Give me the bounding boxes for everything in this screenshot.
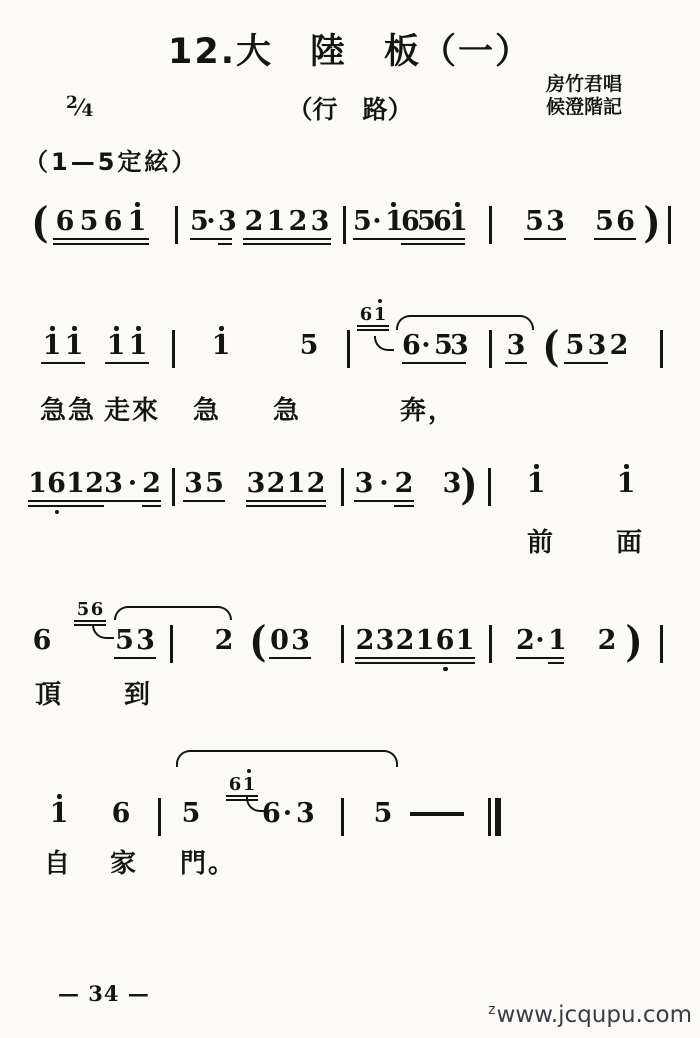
note: 3 <box>375 627 395 664</box>
note: 1 <box>373 305 387 324</box>
lyric-text: 急 <box>193 390 221 427</box>
lyric-text: 走來 <box>104 390 160 427</box>
note-group: 3212 <box>246 470 326 507</box>
note-group: 6 <box>110 800 132 830</box>
note: 3 <box>290 627 311 659</box>
note: 1 <box>63 332 85 364</box>
note-group: 6·53 <box>402 332 466 364</box>
thin-barline <box>488 798 491 836</box>
note: 3 <box>246 470 266 507</box>
note: 5 <box>564 332 586 364</box>
note-group: 1 <box>48 800 70 830</box>
note: 3 <box>218 208 232 245</box>
octave-dot-above <box>136 326 141 331</box>
note: · <box>374 470 394 502</box>
note: 2 <box>516 627 532 659</box>
note: 1 <box>66 470 85 507</box>
slur-arc <box>114 606 232 620</box>
note: 5 <box>76 600 90 619</box>
parenthesis: ) <box>643 203 660 243</box>
note: 3 <box>354 470 374 502</box>
note: 1 <box>28 470 47 507</box>
note: 6 <box>53 208 77 245</box>
note-group: 5·16561 <box>353 208 465 245</box>
lyric-text: 頂 <box>35 674 63 711</box>
note: 1 <box>525 470 547 500</box>
octave-dot-above <box>534 464 539 469</box>
note-group: 3·2 <box>354 470 414 507</box>
note: 6 <box>402 332 418 364</box>
page-number: — 34 — <box>58 981 150 1006</box>
score-page: 12.大 陸 板（一） （行 路） 房竹君唱 候澄階記 2⁄4 （1—5定絃） … <box>0 0 700 1038</box>
octave-dot-above <box>72 326 77 331</box>
note: 3 <box>586 332 608 364</box>
note: 1 <box>48 800 70 830</box>
barline <box>172 468 175 506</box>
note: 2 <box>596 627 618 657</box>
note-group: 232161 <box>355 627 475 664</box>
thick-barline <box>495 798 501 836</box>
grace-note-group: 56 <box>74 600 106 626</box>
note-group: 1 <box>525 470 547 500</box>
note-group: 16123·2 <box>28 470 161 507</box>
lyric-text: 門。 <box>180 843 236 880</box>
note-group: 6·3 <box>262 800 313 830</box>
note: 5 <box>372 800 394 830</box>
note: 6 <box>228 775 242 794</box>
note-group: 2123 <box>243 208 331 245</box>
note: 1 <box>242 775 256 794</box>
note: 5 <box>353 208 369 240</box>
note: 1 <box>415 627 435 664</box>
note: 6 <box>433 208 449 245</box>
note-group: 3 <box>505 332 527 364</box>
note-group: 5 <box>180 800 202 830</box>
lyric-text: 奔， <box>400 390 456 427</box>
octave-dot-above <box>57 794 62 799</box>
note-group: 5 <box>298 332 320 362</box>
octave-dot-above <box>624 464 629 469</box>
note: · <box>369 208 385 240</box>
lyric-text: 前 <box>527 522 555 559</box>
slur-arc <box>176 750 398 767</box>
note: 3 <box>104 470 123 502</box>
barline <box>343 206 346 244</box>
octave-dot-above <box>219 326 224 331</box>
note-group: 5 <box>372 800 394 830</box>
octave-dot-above <box>50 326 55 331</box>
note: 3 <box>183 470 204 502</box>
note: 2 <box>394 470 414 507</box>
note: 6 <box>90 600 104 619</box>
note: 6 <box>359 305 373 324</box>
note: 2 <box>142 470 161 507</box>
note-group: 2 <box>596 627 618 657</box>
note-group: 53 <box>524 208 566 240</box>
octave-dot-above <box>378 299 382 303</box>
octave-dot-above <box>135 202 140 207</box>
octave-dot-below <box>55 510 60 515</box>
note: 2 <box>395 627 415 664</box>
note: 5 <box>524 208 545 240</box>
note: 2 <box>355 627 375 664</box>
note: 2 <box>608 332 630 362</box>
barline <box>158 798 161 836</box>
octave-dot-above <box>247 769 251 773</box>
barline <box>489 625 492 663</box>
note: 1 <box>210 332 232 362</box>
note: 3 <box>309 208 331 245</box>
parenthesis: ( <box>249 622 266 662</box>
lyric-text: 急急 <box>40 390 96 427</box>
note: · <box>532 627 548 659</box>
barline <box>175 206 178 244</box>
note: 1 <box>265 208 287 245</box>
note: 5 <box>298 332 320 362</box>
note: 5 <box>77 208 101 245</box>
watermark-url: www.jcqupu.com <box>497 1002 692 1028</box>
grace-note-group: 61 <box>357 305 389 331</box>
score-line: 111115616·533(532 <box>0 332 700 376</box>
note: 1 <box>41 332 63 364</box>
note: 3 <box>545 208 566 240</box>
octave-dot-below <box>443 667 448 672</box>
note: 0 <box>269 627 290 659</box>
note: 6 <box>110 800 132 830</box>
barline <box>341 468 344 506</box>
barline <box>668 206 671 244</box>
note: · <box>204 208 218 240</box>
note: 3 <box>450 332 466 364</box>
note: 5 <box>204 470 225 502</box>
note: 3 <box>296 800 313 830</box>
note: 6 <box>401 208 417 245</box>
note: 5 <box>190 208 204 240</box>
note-group: 2·1 <box>516 627 564 664</box>
barline <box>341 625 344 663</box>
octave-dot-above <box>455 202 460 207</box>
note: 6 <box>31 627 53 657</box>
note: 1 <box>105 332 127 364</box>
slur-arc <box>396 315 534 330</box>
barline <box>488 468 491 506</box>
note-group: 5·3 <box>190 208 232 245</box>
barline <box>660 330 663 368</box>
note: 1 <box>455 627 475 664</box>
note: 1 <box>125 208 149 245</box>
note: 5 <box>114 627 135 659</box>
octave-dot-above <box>114 326 119 331</box>
note: 5 <box>417 208 433 245</box>
note: 1 <box>385 208 401 240</box>
barline <box>489 206 492 244</box>
note-group: 532 <box>564 332 630 364</box>
watermark: zwww.jcqupu.com <box>488 1002 692 1028</box>
octave-dot-above <box>391 202 396 207</box>
note-group: 6561 <box>53 208 149 245</box>
note: 2 <box>85 470 104 507</box>
note: 2 <box>266 470 286 507</box>
note-group: 1 <box>210 332 232 362</box>
duration-dash <box>410 812 464 816</box>
barline <box>172 330 175 368</box>
final-barline <box>488 798 502 836</box>
note: 6 <box>47 470 66 507</box>
note-group: 11 <box>41 332 85 364</box>
note: 3 <box>135 627 156 659</box>
sheet-music-scan: { "header": { "title": "12.大 陸 板（一）", "s… <box>0 0 700 1038</box>
note: 5 <box>594 208 615 240</box>
lyric-text: 面 <box>616 522 644 559</box>
lyric-text: 家 <box>110 843 138 880</box>
note: 6 <box>615 208 636 240</box>
note: 1 <box>615 470 637 500</box>
note: · <box>418 332 434 364</box>
note: · <box>279 800 296 830</box>
note: 5 <box>434 332 450 364</box>
lyric-text: 急 <box>273 390 301 427</box>
barline <box>347 330 350 368</box>
note: 2 <box>213 627 235 657</box>
note: 6 <box>101 208 125 245</box>
note-group: 6 <box>31 627 53 657</box>
note: 1 <box>286 470 306 507</box>
note-group: 53 <box>114 627 156 659</box>
score-line: 165616·35 <box>0 800 700 844</box>
parenthesis: ) <box>460 465 477 505</box>
note: 3 <box>505 332 527 364</box>
parenthesis: ) <box>625 622 642 662</box>
lyric-text: 到 <box>124 674 152 711</box>
barline <box>660 625 663 663</box>
parenthesis: ( <box>542 327 559 367</box>
watermark-prefix: z <box>488 1002 495 1018</box>
note: 6 <box>435 627 455 664</box>
score-line: 16123·23532123·23)11 <box>0 470 700 514</box>
note-group: 35 <box>183 470 225 502</box>
note: 1 <box>127 332 149 364</box>
barline <box>489 330 492 368</box>
note-group: 2 <box>213 627 235 657</box>
note-group: 11 <box>105 332 149 364</box>
note: 1 <box>449 208 465 245</box>
barline <box>341 798 344 836</box>
note: 1 <box>548 627 564 664</box>
note: · <box>123 470 142 502</box>
note-group: 1 <box>615 470 637 500</box>
parenthesis: ( <box>31 203 48 243</box>
note: 5 <box>180 800 202 830</box>
score-line: (65615·321235·165615356) <box>0 208 700 252</box>
note: 2 <box>243 208 265 245</box>
notation-area: (65615·321235·165615356)111115616·533(53… <box>0 0 700 1038</box>
barline <box>170 625 173 663</box>
note-group: 56 <box>594 208 636 240</box>
note: 2 <box>306 470 326 507</box>
note: 2 <box>287 208 309 245</box>
lyric-text: 自 <box>44 843 72 880</box>
note-group: 03 <box>269 627 311 659</box>
